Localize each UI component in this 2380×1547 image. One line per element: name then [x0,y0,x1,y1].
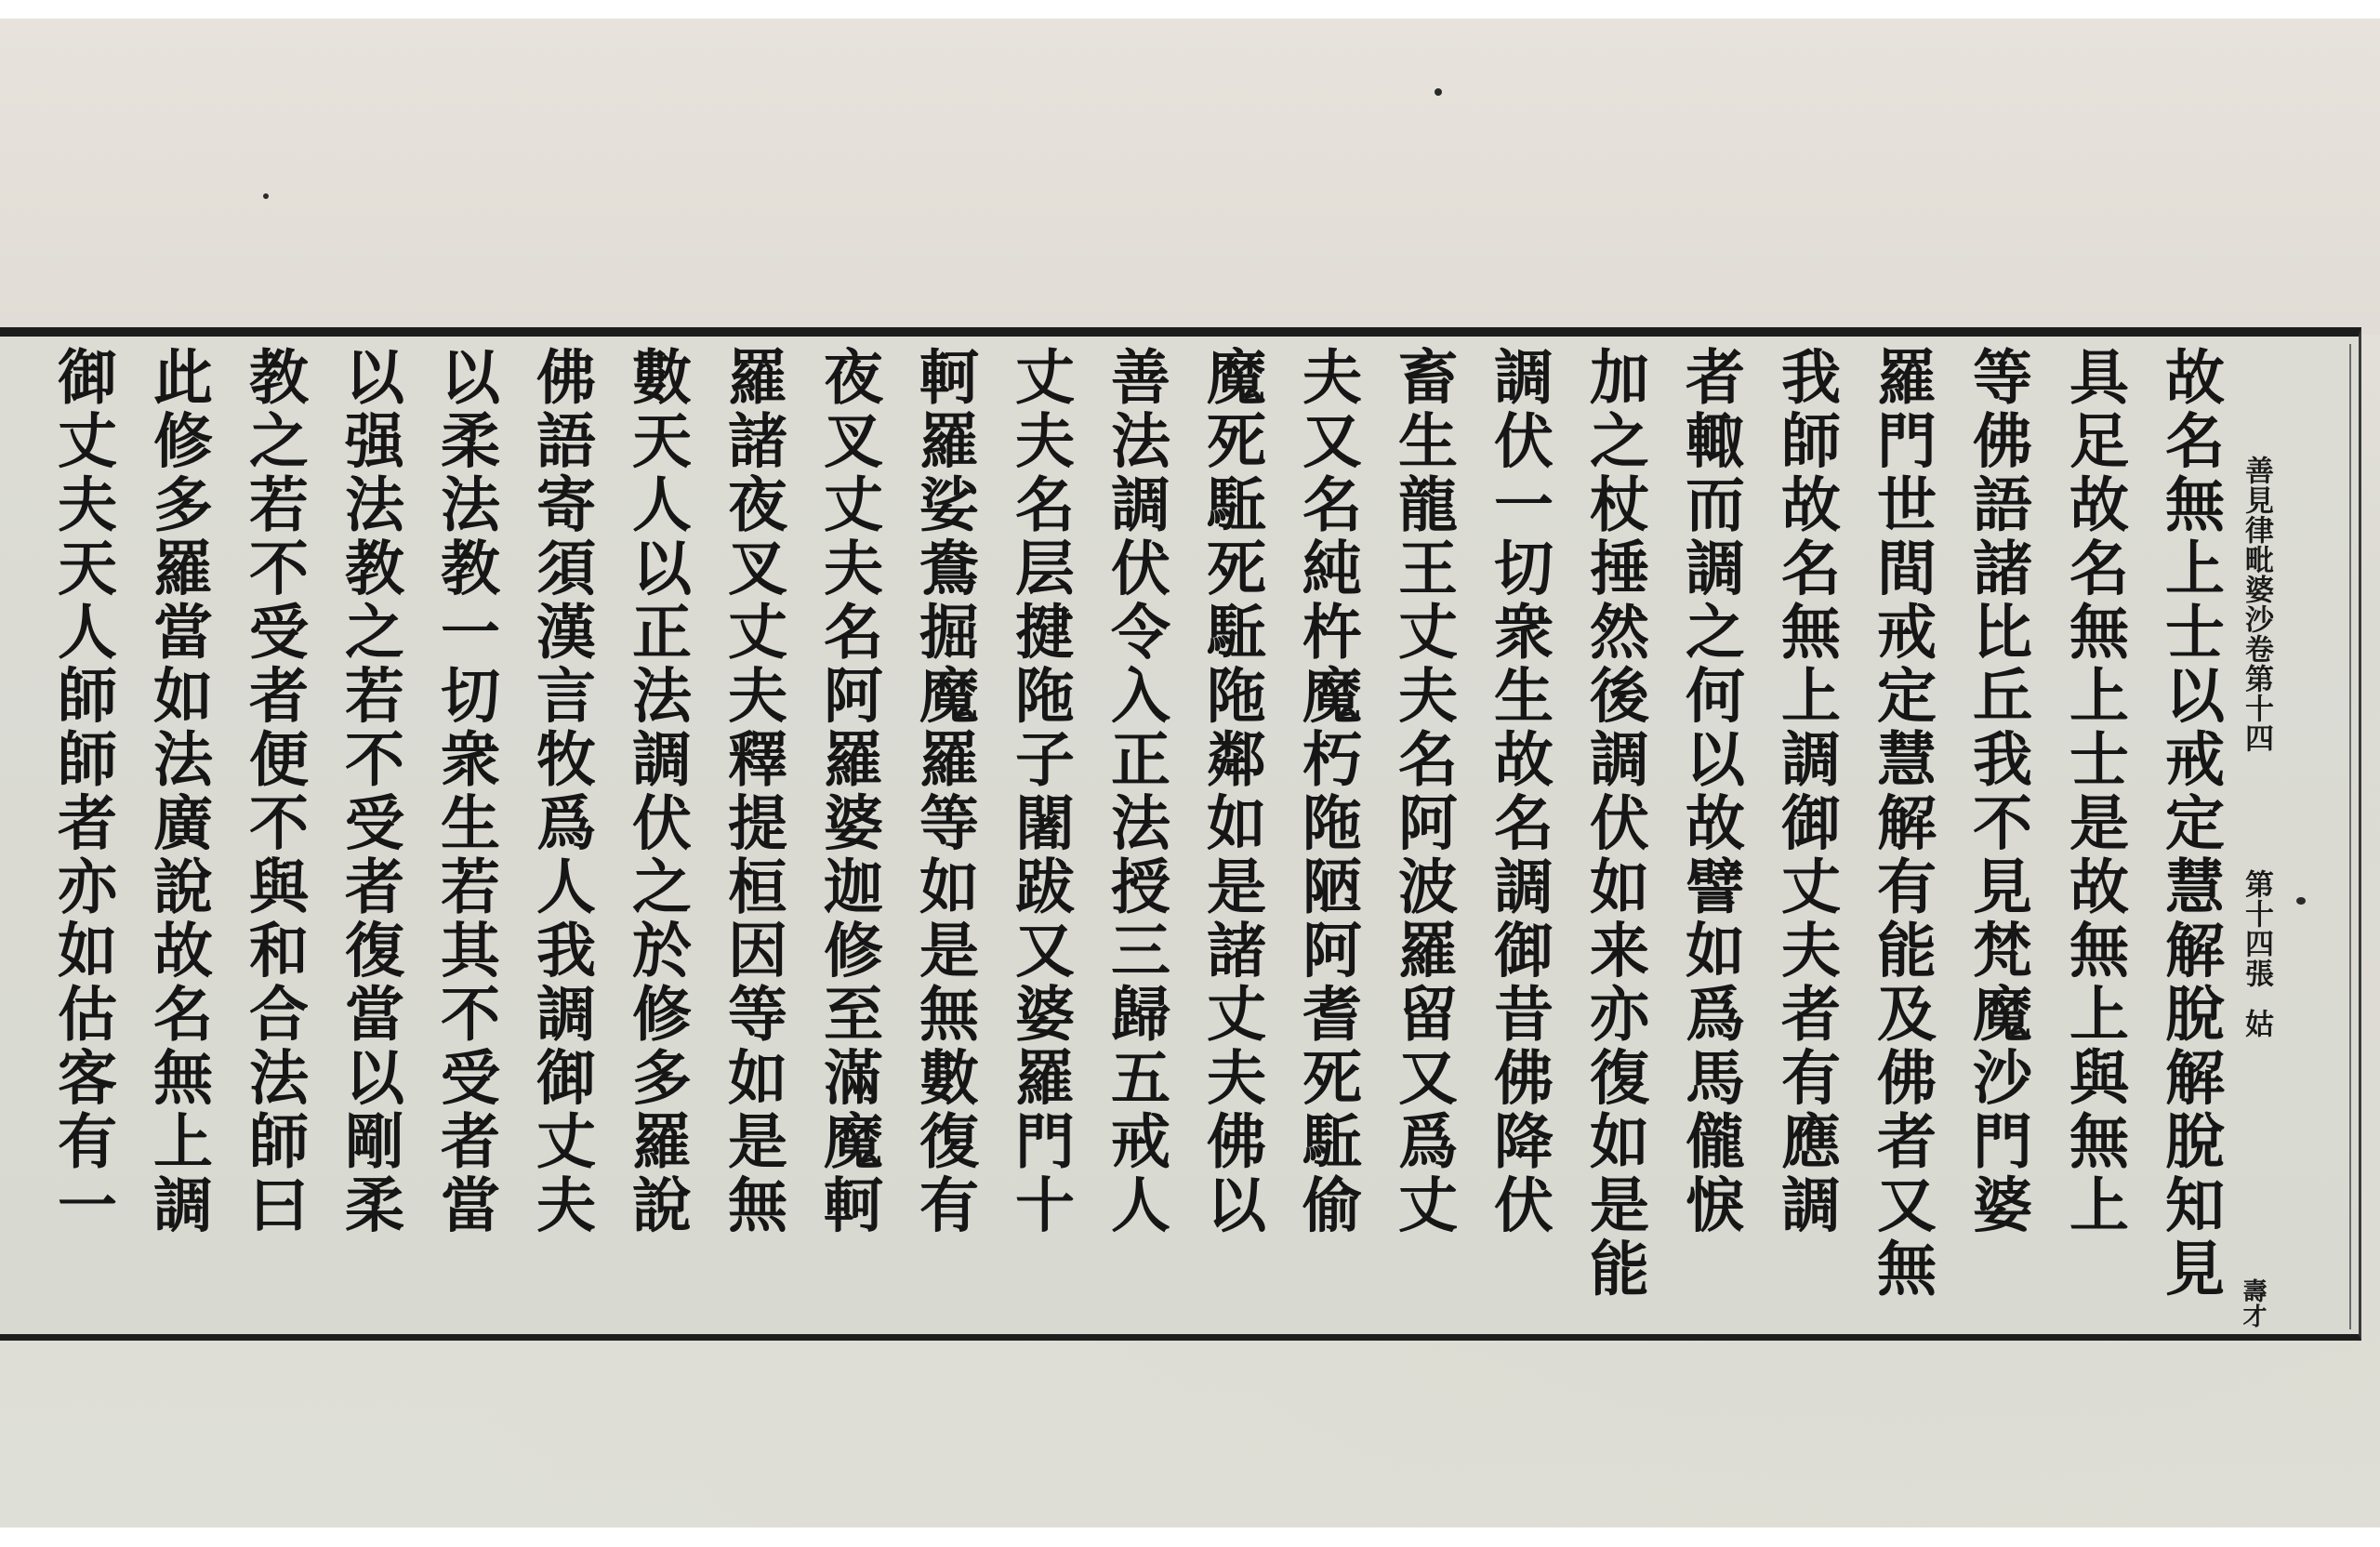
text-columns: 故名無上士以戒定慧解脫解脫知見 具足故名無上士是故無上與無上 等佛語諸比丘我不見… [0,346,2259,1331]
scan-bottom-edge [0,1527,2380,1547]
text-column-20: 以强法教之若不受者復當以剛柔 [332,346,406,1237]
text-column-21: 教之若不受者便不與和合法師曰 [236,346,311,1237]
text-column-17: 數天人以正法調伏之於修多羅說 [619,346,694,1237]
text-column-18: 佛語寄須漢言牧爲人我調御丈夫 [523,346,598,1237]
text-column-13: 丈夫名层揵陁子闍跋又婆羅門十 [1002,346,1077,1237]
text-column-4: 羅門世間戒定慧解有能及佛者又無 [1864,346,1938,1302]
text-column-22: 此修多羅當如法廣說故名無上調 [140,346,215,1237]
text-column-14: 軻羅娑鴦掘魔羅等如是無數復有 [906,346,981,1237]
fold-line [2349,344,2351,1329]
text-column-9: 畜生龍王丈夫名阿波羅留又爲丈 [1385,346,1460,1237]
ink-speck [1435,88,1442,96]
ink-speck [2296,897,2306,905]
text-column-23: 御丈夫天人師師者亦如估客有一 [45,346,119,1237]
text-column-5: 我師故名無上調御丈夫者有應調 [1768,346,1843,1237]
text-column-3: 等佛語諸比丘我不見梵魔沙門婆 [1960,346,2034,1237]
text-column-6: 者輙而調之何以故譬如爲馬儱悷 [1673,346,1747,1237]
text-column-8: 調伏一切衆生故名調御昔佛降伏 [1481,346,1555,1237]
text-column-1: 故名無上士以戒定慧解脫解脫知見 [2152,346,2227,1302]
upper-margin [0,19,2380,335]
text-column-15: 夜叉丈夫名阿羅婆迦修至滿魔軻 [811,346,885,1237]
text-column-19: 以柔法教一切衆生若其不受者當 [428,346,502,1237]
text-column-10: 夫又名純杵魔朽陁陋阿耆死駈偷 [1289,346,1364,1237]
text-column-16: 羅諸夜叉丈夫釋提桓因等如是無 [715,346,789,1237]
text-column-11: 魔死駈死駈陁鄰如是諸丈夫佛以 [1194,346,1268,1237]
text-column-7: 加之杖捶然後調伏如来亦復如是能 [1577,346,1651,1302]
ink-speck [263,193,269,199]
text-column-2: 具足故名無上士是故無上與無上 [2056,346,2131,1237]
text-column-12: 善法調伏令入正法授三歸五戒人 [1098,346,1172,1237]
